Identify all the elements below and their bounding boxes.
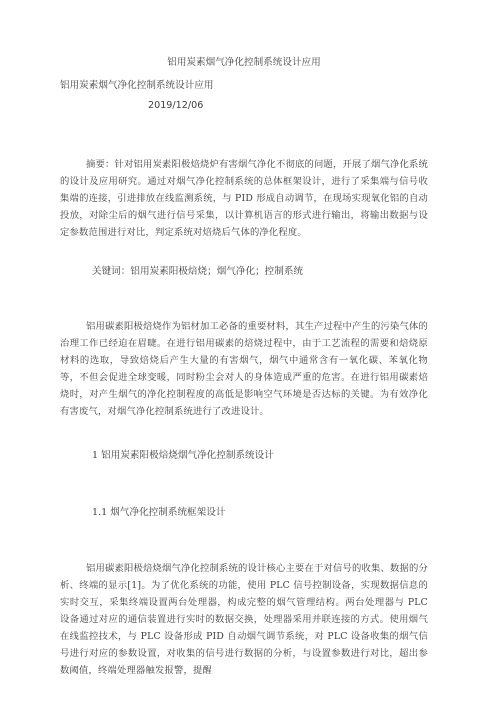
keywords-line: 关键词：铝用炭素阳极焙烧；烟气净化；控制系统 <box>60 265 428 278</box>
document-page: 铝用炭素烟气净化控制系统设计应用 铝用炭素烟气净化控制系统设计应用 2019/1… <box>0 0 500 707</box>
section-1-heading: 1 铝用炭素阳极焙烧烟气净化控制系统设计 <box>60 449 428 462</box>
introduction-paragraph: 铝用碳素阳极焙烧作为铝材加工必备的重要材料，其生产过程中产生的污染气体的治理工作… <box>60 318 428 420</box>
document-title-centered: 铝用炭素烟气净化控制系统设计应用 <box>60 56 428 69</box>
section-1-1-heading: 1.1 烟气净化控制系统框架设计 <box>60 506 428 519</box>
publish-date: 2019/12/06 <box>60 99 428 112</box>
abstract-paragraph: 摘要：针对铝用炭素阳极焙烧炉有害烟气净化不彻底的问题，开展了烟气净化系统的设计及… <box>60 156 428 241</box>
document-title-left: 铝用炭素烟气净化控制系统设计应用 <box>60 79 428 92</box>
section-1-1-paragraph: 铝用碳素阳极焙烧烟气净化控制系统的设计核心主要在于对信号的收集、数据的分析、终端… <box>60 560 428 679</box>
